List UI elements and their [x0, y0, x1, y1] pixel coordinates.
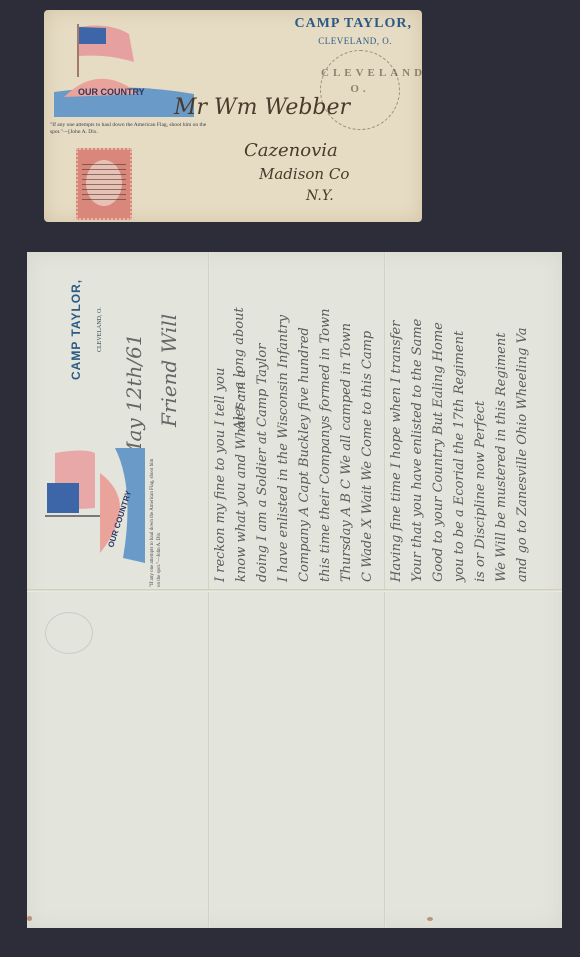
address-state: N.Y.	[306, 188, 334, 204]
svg-text:OUR COUNTRY: OUR COUNTRY	[78, 87, 145, 97]
handwriting-line: C Wade X Wait We Come to this Camp	[360, 331, 375, 582]
letter-salutation: Friend Will	[157, 314, 181, 427]
address-county: Madison Co	[259, 165, 349, 183]
fold-line-horizontal	[27, 589, 562, 592]
foxing-stain	[427, 917, 433, 921]
handwriting-line: Having fine time I hope when I transfer	[389, 321, 404, 582]
handwriting-line: this time their Companys formed in Town	[318, 308, 333, 582]
letter-sheet: CAMP TAYLOR, CLEVELAND, O. May 12th/61 F…	[27, 252, 562, 928]
handwriting-line: is or Discipline now Perfect	[473, 401, 488, 582]
envelope-title: CAMP TAYLOR,	[294, 16, 412, 32]
handwriting-line: Company A Capt Buckley five hundred	[297, 327, 312, 582]
address-town: Cazenovia	[244, 140, 338, 161]
envelope: OUR COUNTRY CAMP TAYLOR, CLEVELAND, O. "…	[44, 10, 422, 222]
embossed-seal	[45, 612, 93, 654]
handwriting-line: doing I am a Soldier at Camp Taylor	[255, 344, 270, 582]
handwriting-line: We Will be mustered in this Regiment	[494, 333, 509, 582]
letterhead-quote: "If any one attempts to haul down the Am…	[149, 457, 163, 587]
handwriting-line: Thursday A B C We all camped in Town	[339, 323, 354, 582]
letterhead-title: CAMP TAYLOR,	[69, 279, 83, 380]
address-recipient: Mr Wm Webber	[174, 95, 350, 120]
our-country-flag-vignette: OUR COUNTRY	[54, 22, 194, 122]
postage-stamp	[76, 148, 132, 220]
foxing-stain	[27, 916, 32, 921]
handwriting-line: Your that you have enlisted to the Same	[410, 319, 425, 582]
letter-date: May 12th/61	[122, 333, 146, 462]
handwriting-line: I have enlisted in the Wisconsin Infantr…	[276, 315, 291, 582]
handwriting-line: Good to your Country But Ealing Home	[431, 322, 446, 582]
handwriting-line: I reckon my fine to you I tell you	[213, 368, 228, 582]
handwriting-line: know what you and What I am a	[234, 370, 249, 582]
handwriting-line: you to be a Ecorial the 17th Regiment	[452, 331, 467, 582]
letterhead-city: CLEVELAND, O.	[97, 307, 103, 352]
envelope-city: CLEVELAND, O.	[318, 36, 392, 46]
handwriting-line: and go to Zanesville Ohio Wheeling Va	[515, 327, 530, 582]
stamp-cancellation	[82, 164, 126, 204]
our-country-flag-vignette: OUR COUNTRY	[45, 448, 145, 568]
envelope-quote: "If any one attempts to haul down the Am…	[50, 122, 215, 136]
